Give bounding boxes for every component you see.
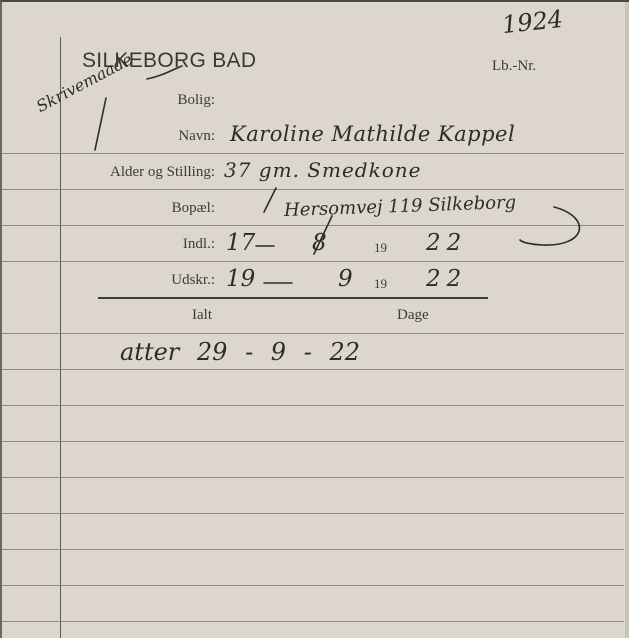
handwriting-strokes	[2, 2, 629, 638]
admission-card: SILKEBORG BAD Lb.-Nr. Bolig: Navn: Alder…	[0, 0, 629, 638]
